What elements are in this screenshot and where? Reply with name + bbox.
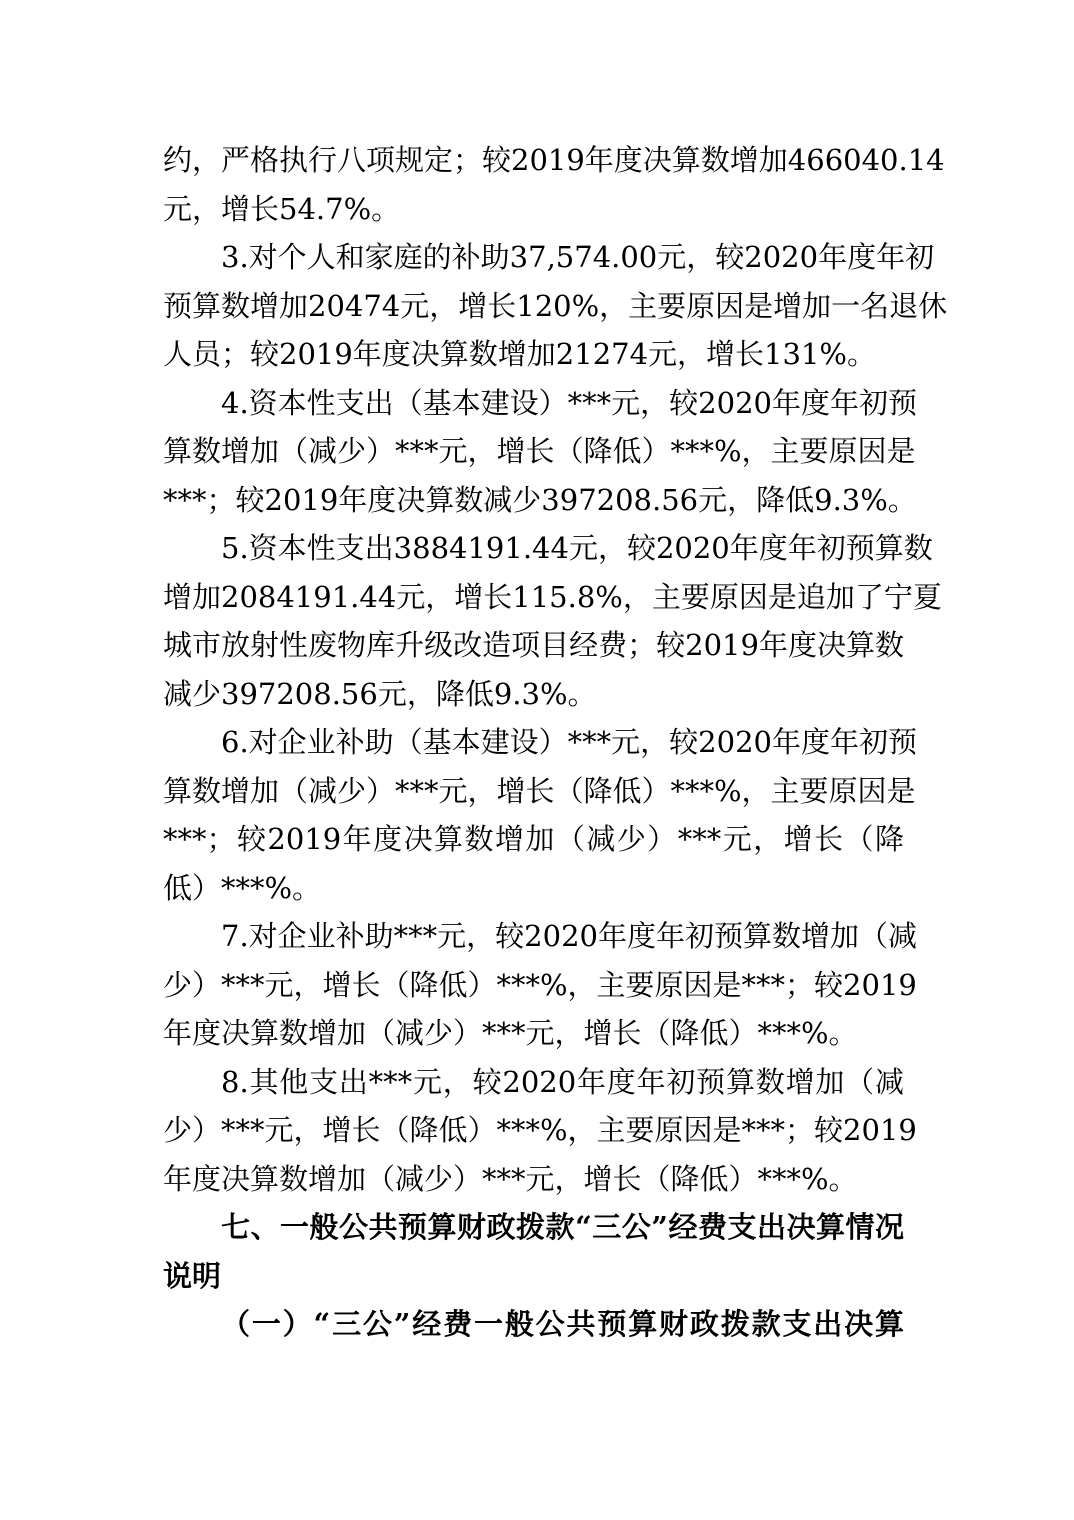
- text-line: 8.其他支出***元，较2020年度年初预算数增加（减: [163, 1058, 904, 1107]
- text-line: 元，增长54.7%。: [163, 185, 904, 234]
- text-line: 少）***元，增长（降低）***%，主要原因是***；较2019: [163, 1106, 904, 1155]
- heading-sub-1-three-public-funds-expenditure: （一）“三公”经费一般公共预算财政拨款支出决算: [163, 1300, 904, 1349]
- document-page: 约，严格执行八项规定；较2019年度决算数增加466040.14元，增长54.7…: [0, 0, 1074, 1520]
- text-line: 约，严格执行八项规定；较2019年度决算数增加466040.14: [163, 136, 904, 185]
- text-line: 6.对企业补助（基本建设）***元，较2020年度年初预: [163, 718, 904, 767]
- text-line: 人员；较2019年度决算数增加21274元，增长131%。: [163, 330, 904, 379]
- text-line: 预算数增加20474元，增长120%，主要原因是增加一名退休: [163, 282, 904, 331]
- text-line: 5.资本性支出3884191.44元，较2020年度年初预算数: [163, 524, 904, 573]
- para-continued-from-previous-page: 约，严格执行八项规定；较2019年度决算数增加466040.14元，增长54.7…: [163, 136, 904, 233]
- text-line: 低）***%。: [163, 864, 904, 913]
- text-line: 3.对个人和家庭的补助37,574.00元，较2020年度年初: [163, 233, 904, 282]
- text-line: 年度决算数增加（减少）***元，增长（降低）***%。: [163, 1155, 904, 1204]
- text-line: 算数增加（减少）***元，增长（降低）***%，主要原因是: [163, 427, 904, 476]
- text-line: 增加2084191.44元，增长115.8%，主要原因是追加了宁夏: [163, 573, 904, 622]
- text-block: 约，严格执行八项规定；较2019年度决算数增加466040.14元，增长54.7…: [163, 136, 904, 1349]
- para-item-6-enterprise-subsidy-basic-construction: 6.对企业补助（基本建设）***元，较2020年度年初预算数增加（减少）***元…: [163, 718, 904, 912]
- para-item-5-capital-expenditure: 5.资本性支出3884191.44元，较2020年度年初预算数增加2084191…: [163, 524, 904, 718]
- text-line: 城市放射性废物库升级改造项目经费；较2019年度决算数: [163, 621, 904, 670]
- text-line: 算数增加（减少）***元，增长（降低）***%，主要原因是: [163, 767, 904, 816]
- text-line: 年度决算数增加（减少）***元，增长（降低）***%。: [163, 1009, 904, 1058]
- text-line: （一）“三公”经费一般公共预算财政拨款支出决算: [163, 1300, 904, 1349]
- text-line: 少）***元，增长（降低）***%，主要原因是***；较2019: [163, 961, 904, 1010]
- text-line: 说明: [163, 1252, 904, 1301]
- text-line: 7.对企业补助***元，较2020年度年初预算数增加（减: [163, 912, 904, 961]
- text-line: 4.资本性支出（基本建设）***元，较2020年度年初预: [163, 379, 904, 428]
- para-item-7-enterprise-subsidy: 7.对企业补助***元，较2020年度年初预算数增加（减少）***元，增长（降低…: [163, 912, 904, 1058]
- text-line: ***；较2019年度决算数减少397208.56元，降低9.3%。: [163, 476, 904, 525]
- para-item-3-personal-family-subsidy: 3.对个人和家庭的补助37,574.00元，较2020年度年初预算数增加2047…: [163, 233, 904, 379]
- text-line: 七、一般公共预算财政拨款“三公”经费支出决算情况: [163, 1203, 904, 1252]
- para-item-4-capital-expenditure-basic-construction: 4.资本性支出（基本建设）***元，较2020年度年初预算数增加（减少）***元…: [163, 379, 904, 525]
- text-line: ***；较2019年度决算数增加（减少）***元，增长（降: [163, 815, 904, 864]
- heading-section-7-three-public-funds-statement: 七、一般公共预算财政拨款“三公”经费支出决算情况说明: [163, 1203, 904, 1300]
- para-item-8-other-expenditure: 8.其他支出***元，较2020年度年初预算数增加（减少）***元，增长（降低）…: [163, 1058, 904, 1204]
- text-line: 减少397208.56元，降低9.3%。: [163, 670, 904, 719]
